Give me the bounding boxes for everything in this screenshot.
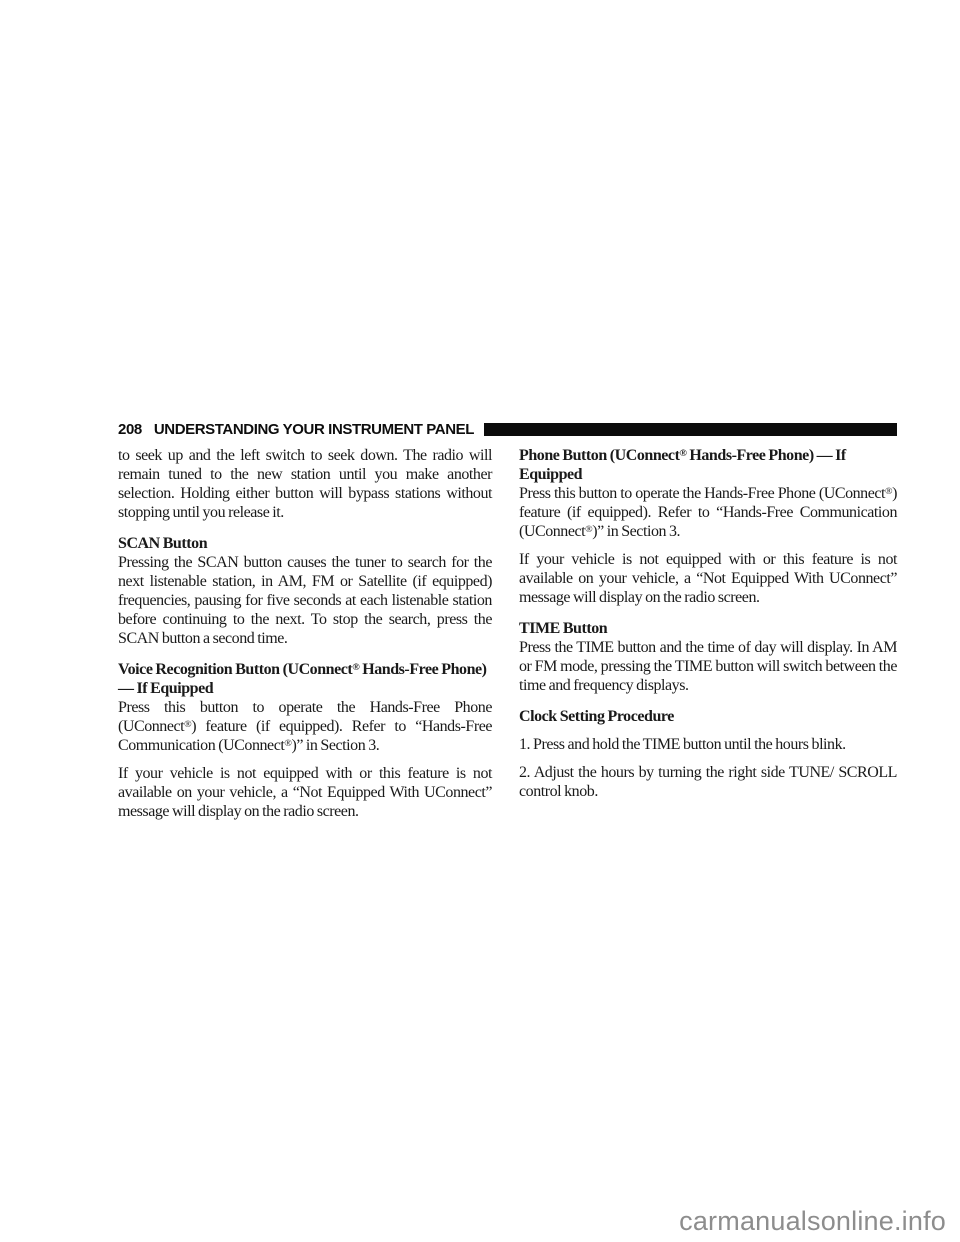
clock-setting-step-2: 2. Adjust the hours by turning the right… <box>519 763 897 801</box>
header-divider-bar <box>484 423 897 436</box>
page-number: 208 <box>118 421 142 438</box>
two-column-body: to seek up and the left switch to seek d… <box>118 446 897 821</box>
phone-button-paragraph-1: Press this button to operate the Hands-F… <box>519 484 897 541</box>
phone-button-paragraph-2: If your vehicle is not equipped with or … <box>519 550 897 607</box>
clock-setting-step-1: 1. Press and hold the TIME button until … <box>519 735 897 754</box>
right-column: Phone Button (UConnect® Hands-Free Phone… <box>519 446 897 821</box>
time-button-heading: TIME Button <box>519 619 897 638</box>
page-title: UNDERSTANDING YOUR INSTRUMENT PANEL <box>154 421 474 438</box>
page-header: 208 UNDERSTANDING YOUR INSTRUMENT PANEL <box>118 421 897 438</box>
clock-setting-heading: Clock Setting Procedure <box>519 707 897 726</box>
scan-button-heading: SCAN Button <box>118 534 492 553</box>
phone-button-heading: Phone Button (UConnect® Hands-Free Phone… <box>519 446 897 484</box>
seek-intro-paragraph: to seek up and the left switch to seek d… <box>118 446 492 522</box>
voice-recognition-paragraph-1: Press this button to operate the Hands-F… <box>118 698 492 755</box>
time-button-paragraph: Press the TIME button and the time of da… <box>519 638 897 695</box>
scan-button-paragraph: Pressing the SCAN button causes the tune… <box>118 553 492 648</box>
left-column: to seek up and the left switch to seek d… <box>118 446 492 821</box>
voice-recognition-paragraph-2: If your vehicle is not equipped with or … <box>118 764 492 821</box>
manual-page: 208 UNDERSTANDING YOUR INSTRUMENT PANEL … <box>0 0 960 1242</box>
watermark: carmanualsonline.info <box>679 1206 946 1237</box>
voice-recognition-heading: Voice Recognition Button (UConnect® Hand… <box>118 660 492 698</box>
